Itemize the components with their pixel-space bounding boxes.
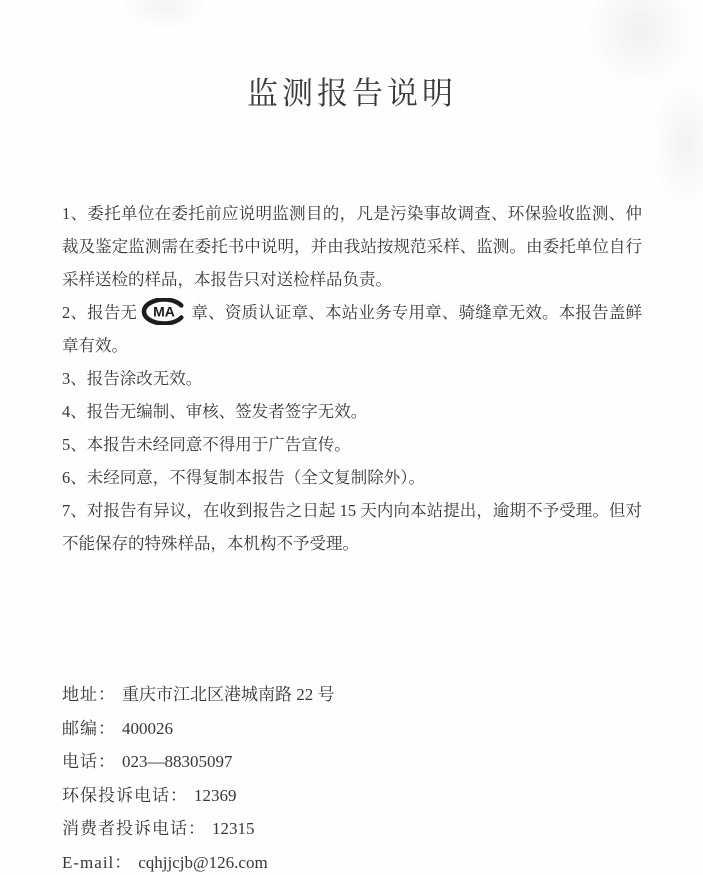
note-item-4: 4、报告无编制、审核、签发者签字无效。 xyxy=(62,395,642,428)
contact-phone-value: 023—88305097 xyxy=(122,752,233,771)
note-item-2-pre: 2、报告无 xyxy=(62,303,137,322)
contact-address-label: 地址： xyxy=(62,685,116,704)
scan-smudge xyxy=(120,0,210,30)
contact-email: E-mail：cqhjjcjb@126.com xyxy=(62,846,642,875)
page-title: 监测报告说明 xyxy=(62,73,642,115)
contact-consumer-complaint-value: 12315 xyxy=(212,819,255,838)
note-item-2: 2、报告无MA章、资质认证章、本站业务专用章、骑缝章无效。本报告盖鲜章有效。 xyxy=(62,296,642,362)
note-item-1: 1、委托单位在委托前应说明监测目的，凡是污染事故调查、环保验收监测、仲裁及鉴定监… xyxy=(62,197,642,296)
notes-list: 1、委托单位在委托前应说明监测目的，凡是污染事故调查、环保验收监测、仲裁及鉴定监… xyxy=(62,197,642,560)
contact-phone: 电话：023—88305097 xyxy=(62,745,642,779)
contact-postcode: 邮编：400026 xyxy=(62,712,642,746)
note-item-5: 5、本报告未经同意不得用于广告宣传。 xyxy=(62,428,642,461)
contact-env-complaint-phone: 环保投诉电话：12369 xyxy=(62,779,642,813)
contact-phone-label: 电话： xyxy=(62,752,116,771)
note-item-6: 6、未经同意，不得复制本报告（全文复制除外）。 xyxy=(62,461,642,494)
contact-email-label: E-mail： xyxy=(62,853,132,872)
note-item-7: 7、对报告有异议，在收到报告之日起 15 天内向本站提出，逾期不予受理。但对不能… xyxy=(62,494,642,560)
contact-block: 地址：重庆市江北区港城南路 22 号 邮编：400026 电话：023—8830… xyxy=(62,678,642,875)
contact-consumer-complaint-phone: 消费者投诉电话：12315 xyxy=(62,812,642,846)
contact-email-value: cqhjjcjb@126.com xyxy=(138,853,267,872)
cma-mark-label: MA xyxy=(153,304,175,320)
contact-postcode-label: 邮编： xyxy=(62,719,116,738)
contact-env-complaint-value: 12369 xyxy=(194,786,237,805)
contact-address: 地址：重庆市江北区港城南路 22 号 xyxy=(62,678,642,712)
report-notice-page: 监测报告说明 1、委托单位在委托前应说明监测目的，凡是污染事故调查、环保验收监测… xyxy=(0,0,703,875)
scan-smudge xyxy=(651,80,703,210)
cma-certification-mark-icon: MA xyxy=(141,298,187,325)
note-item-3: 3、报告涂改无效。 xyxy=(62,362,642,395)
contact-consumer-complaint-label: 消费者投诉电话： xyxy=(62,819,206,838)
contact-env-complaint-label: 环保投诉电话： xyxy=(62,786,188,805)
contact-address-value: 重庆市江北区港城南路 22 号 xyxy=(122,685,335,704)
contact-postcode-value: 400026 xyxy=(122,719,173,738)
